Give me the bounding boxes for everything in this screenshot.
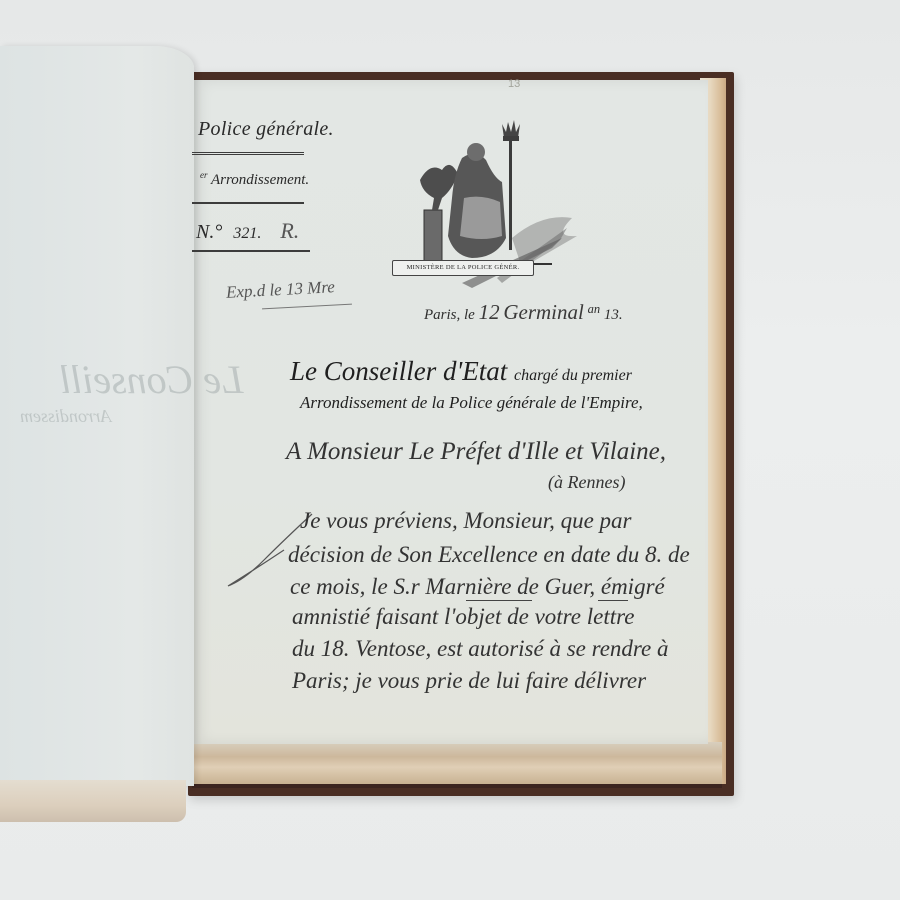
header-division-ordinal: er: [200, 170, 208, 180]
left-page-bleedthrough-line2: Arrondissem: [20, 406, 111, 427]
sender-title: Le Conseiller d'Etat chargé du premier: [290, 356, 632, 387]
recipient-line1: A Monsieur Le Préfet d'Ille et Vilaine,: [286, 438, 666, 466]
header-division: er Arrondissement.: [200, 170, 309, 189]
header-rule-2: [192, 202, 304, 204]
body-line-2: décision de Son Excellence en date du 8.…: [288, 542, 690, 568]
dateline-year: 13.: [604, 307, 623, 323]
left-page-stack-edge: [0, 780, 186, 822]
folio-number: 13: [508, 78, 520, 90]
dateline: Paris, le 12 Germinal an 13.: [424, 300, 623, 325]
body-line-4: amnistié faisant l'objet de votre lettre: [292, 604, 634, 630]
body-line-6: Paris; je vous prie de lui faire délivre…: [292, 668, 646, 694]
body-line-1: Je vous préviens, Monsieur, que par: [300, 508, 632, 534]
header-rule-1: [192, 152, 304, 155]
left-page-bleedthrough-line1: Le Conseill: [60, 356, 243, 403]
dateline-year-prefix: an: [588, 302, 601, 316]
sender-title-main: Le Conseiller d'Etat: [290, 356, 507, 386]
dateline-month: Germinal: [503, 300, 584, 324]
sender-title-suffix: chargé du premier: [514, 367, 632, 384]
number-label: N.°: [196, 221, 222, 243]
recipient-line2: (à Rennes): [548, 472, 625, 493]
page-stack-edge-bottom: [192, 742, 722, 788]
header-department: Police générale.: [198, 118, 334, 141]
photo-scene: Le Conseill Arrondissem 13 Police généra…: [0, 0, 900, 900]
header-bracket-rule: [192, 250, 310, 260]
underline-place: [598, 600, 628, 601]
header-division-label: Arrondissement.: [211, 172, 309, 188]
vignette-banner: MINISTÈRE DE LA POLICE GÉNÉR.: [392, 260, 534, 276]
sender-line2: Arrondissement de la Police générale de …: [300, 393, 643, 413]
dateline-place: Paris, le: [424, 307, 475, 323]
underline-name: [466, 600, 532, 601]
body-line-5: du 18. Ventose, est autorisé à se rendre…: [292, 636, 668, 662]
header-number-line: N.° 321. R.: [196, 218, 299, 244]
body-line-3: ce mois, le S.r Marnière de Guer, émigré: [290, 574, 665, 600]
number-suffix: R.: [280, 218, 299, 243]
dateline-day: 12: [479, 300, 500, 324]
number-value: 321.: [233, 225, 261, 242]
